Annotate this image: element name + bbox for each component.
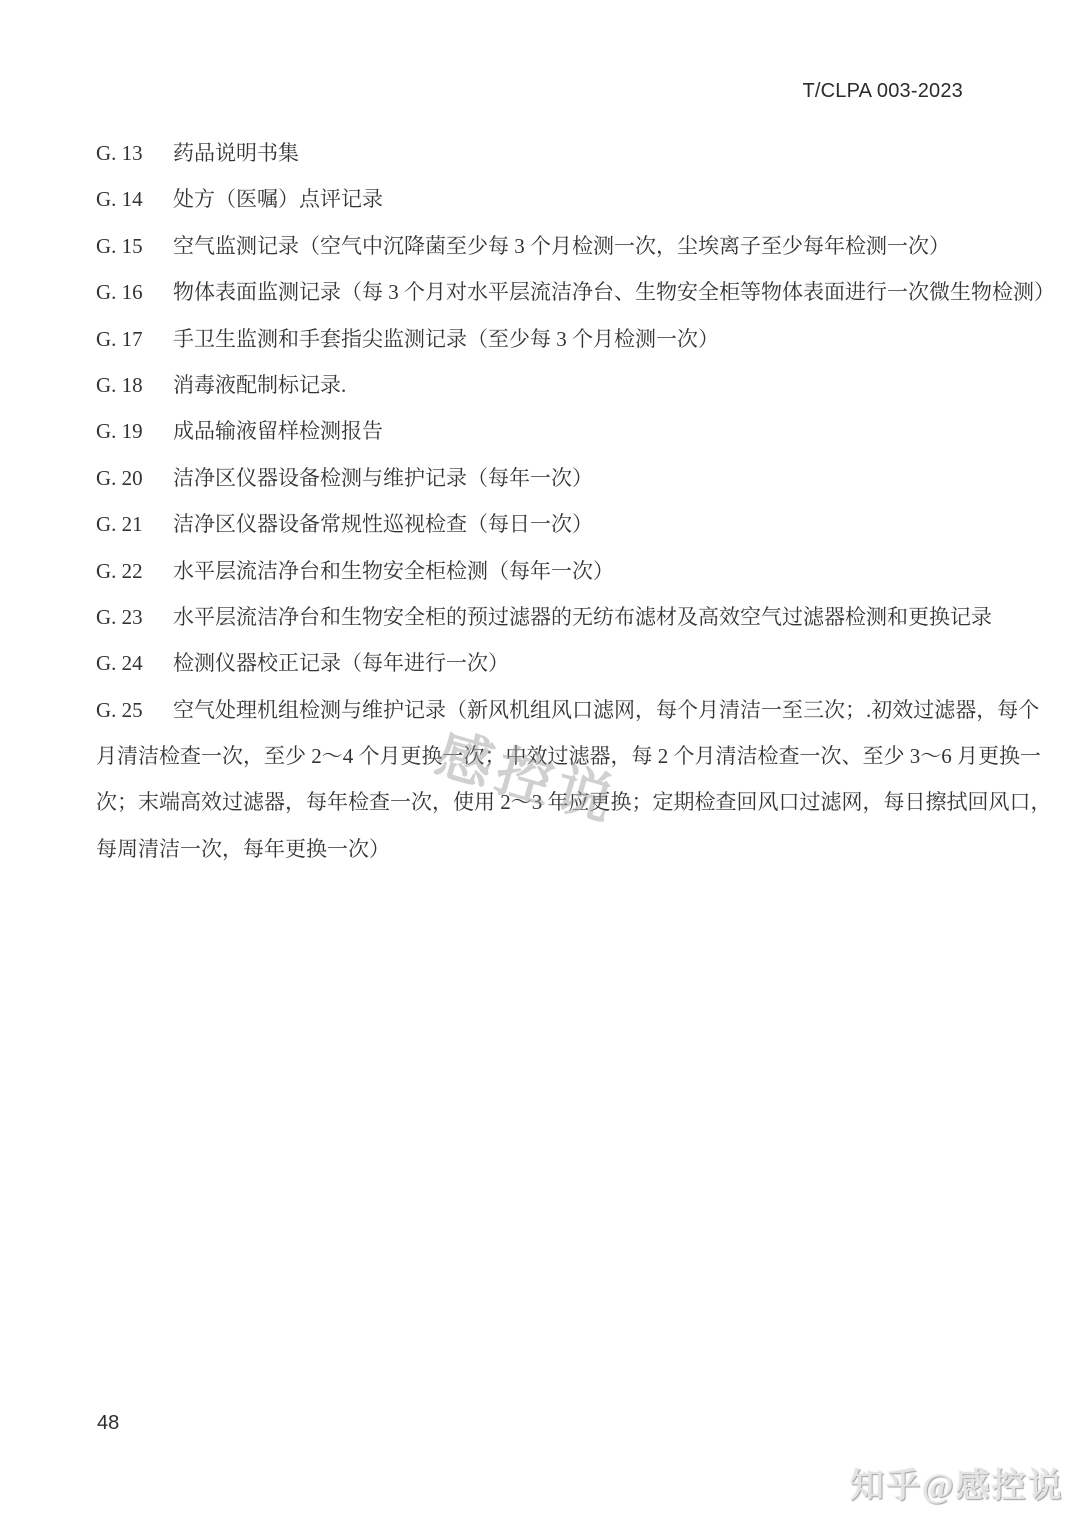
item-label: G. 18 (96, 362, 173, 408)
item-text: 药品说明书集 (173, 130, 299, 176)
item-label: G. 24 (96, 640, 173, 686)
list-item: G. 21 洁净区仪器设备常规性巡视检查（每日一次） (96, 501, 967, 547)
item-text: 水平层流洁净台和生物安全柜检测（每年一次） (173, 548, 614, 594)
paragraph-line: 每周清洁一次，每年更换一次） (96, 826, 967, 872)
item-label: G. 20 (96, 455, 173, 501)
document-page: T/CLPA 003-2023 G. 13 药品说明书集 G. 14 处方（医嘱… (0, 0, 1080, 1528)
item-label: G. 21 (96, 501, 173, 547)
item-label: G. 22 (96, 548, 173, 594)
list-item: G. 22 水平层流洁净台和生物安全柜检测（每年一次） (96, 548, 967, 594)
item-text: 洁净区仪器设备检测与维护记录（每年一次） (173, 455, 593, 501)
paragraph-text: 空气处理机组检测与维护记录（新风机组风口滤网，每个月清洁一至三次；.初效过滤器，… (173, 687, 1039, 733)
list-item: G. 24 检测仪器校正记录（每年进行一次） (96, 640, 967, 686)
item-text: 检测仪器校正记录（每年进行一次） (173, 640, 509, 686)
item-label: G. 19 (96, 408, 173, 454)
footer-watermark: 知乎@感控说 (850, 1458, 1064, 1507)
list-item: G. 23 水平层流洁净台和生物安全柜的预过滤器的无纺布滤材及高效空气过滤器检测… (96, 594, 967, 640)
item-label: G. 14 (96, 176, 173, 222)
list-item: G. 19 成品输液留样检测报告 (96, 408, 967, 454)
list-item: G. 20 洁净区仪器设备检测与维护记录（每年一次） (96, 455, 967, 501)
item-label: G. 23 (96, 594, 173, 640)
item-label: G. 15 (96, 223, 173, 269)
paragraph-line: G. 25 空气处理机组检测与维护记录（新风机组风口滤网，每个月清洁一至三次；.… (96, 687, 967, 733)
item-label: G. 17 (96, 316, 173, 362)
paragraph-line: 次；末端高效过滤器，每年检查一次，使用 2～3 年应更换；定期检查回风口过滤网，… (96, 779, 967, 825)
item-text: 空气监测记录（空气中沉降菌至少每 3 个月检测一次，尘埃离子至少每年检测一次） (173, 223, 950, 269)
list-item: G. 17 手卫生监测和手套指尖监测记录（至少每 3 个月检测一次） (96, 316, 967, 362)
item-text: 消毒液配制标记录. (173, 362, 346, 408)
doc-code: T/CLPA 003-2023 (802, 80, 963, 103)
item-text: 手卫生监测和手套指尖监测记录（至少每 3 个月检测一次） (173, 316, 719, 362)
item-text: 洁净区仪器设备常规性巡视检查（每日一次） (173, 501, 593, 547)
item-text: 水平层流洁净台和生物安全柜的预过滤器的无纺布滤材及高效空气过滤器检测和更换记录 (173, 594, 992, 640)
list-item: G. 14 处方（医嘱）点评记录 (96, 176, 967, 222)
item-text: 成品输液留样检测报告 (173, 408, 383, 454)
item-text: 处方（医嘱）点评记录 (173, 176, 383, 222)
list-item: G. 13 药品说明书集 (96, 130, 967, 176)
list-item: G. 16 物体表面监测记录（每 3 个月对水平层流洁净台、生物安全柜等物体表面… (96, 269, 967, 315)
paragraph-line: 月清洁检查一次，至少 2～4 个月更换一次；中效过滤器，每 2 个月清洁检查一次… (96, 733, 967, 779)
list-item: G. 18 消毒液配制标记录. (96, 362, 967, 408)
list-item: G. 15 空气监测记录（空气中沉降菌至少每 3 个月检测一次，尘埃离子至少每年… (96, 223, 967, 269)
item-label: G. 13 (96, 130, 173, 176)
page-number: 48 (97, 1412, 119, 1435)
item-text: 物体表面监测记录（每 3 个月对水平层流洁净台、生物安全柜等物体表面进行一次微生… (173, 269, 1055, 315)
item-label: G. 16 (96, 269, 173, 315)
g25-paragraph: G. 25 空气处理机组检测与维护记录（新风机组风口滤网，每个月清洁一至三次；.… (96, 687, 967, 873)
item-label: G. 25 (96, 687, 173, 733)
record-list: G. 13 药品说明书集 G. 14 处方（医嘱）点评记录 G. 15 空气监测… (96, 130, 967, 872)
